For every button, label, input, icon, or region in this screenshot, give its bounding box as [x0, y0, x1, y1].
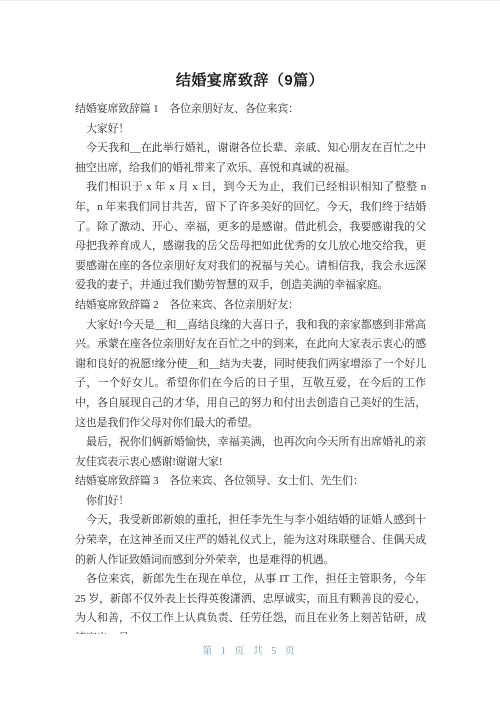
section-heading: 结婚宴席致辞篇 1 各位亲朋好友、各位来宾：: [75, 100, 426, 120]
paragraph: 最后，祝你们俩新婚愉快，幸福美满，也再次向今天所有出席婚礼的亲友佳宾表示衷心感谢…: [75, 433, 426, 472]
document-body: 结婚宴席致辞篇 1 各位亲朋好友、各位来宾： 大家好！ 今天我和__在此举行婚礼…: [75, 100, 426, 634]
paragraph: 今天，我受新郎新娘的重托，担任李先生与李小姐结婚的证婚人感到十分荣幸，在这神圣而…: [75, 511, 426, 570]
section-1: 结婚宴席致辞篇 1 各位亲朋好友、各位来宾： 大家好！ 今天我和__在此举行婚礼…: [75, 100, 426, 296]
page-title: 结婚宴席致辞（9篇）: [0, 69, 500, 90]
paragraph: 大家好!今天是__和__喜结良缘的大喜日子，我和我的亲家都感到非常高兴。承蒙在座…: [75, 316, 426, 434]
section-heading: 结婚宴席致辞篇 2 各位来宾、各位亲朋好友：: [75, 296, 426, 316]
section-3: 结婚宴席致辞篇 3 各位来宾、各位领导、女士们、先生们： 你们好！ 今天，我受新…: [75, 472, 426, 634]
paragraph: 我们相识于 x 年 x 月 x 日，到今天为止，我们已经相识相知了整整 n 年，…: [75, 178, 426, 296]
paragraph: 大家好！: [75, 120, 426, 140]
paragraph: 今天我和__在此举行婚礼，谢谢各位长辈、亲戚、知心朋友在百忙之中抽空出席，给我们…: [75, 139, 426, 178]
paragraph: 你们好！: [75, 492, 426, 512]
section-heading: 结婚宴席致辞篇 3 各位来宾、各位领导、女士们、先生们：: [75, 472, 426, 492]
section-2: 结婚宴席致辞篇 2 各位来宾、各位亲朋好友： 大家好!今天是__和__喜结良缘的…: [75, 296, 426, 472]
page-footer: 第 1 页 共 5 页: [0, 642, 500, 657]
page-number-text: 第 1 页 共 5 页: [202, 646, 298, 657]
paragraph: 各位来宾，新郎先生在现在单位，从事 IT 工作，担任主管职务，今年 25 岁，新…: [75, 570, 426, 634]
document-page: 结婚宴席致辞（9篇） 结婚宴席致辞篇 1 各位亲朋好友、各位来宾： 大家好！ 今…: [0, 0, 500, 708]
